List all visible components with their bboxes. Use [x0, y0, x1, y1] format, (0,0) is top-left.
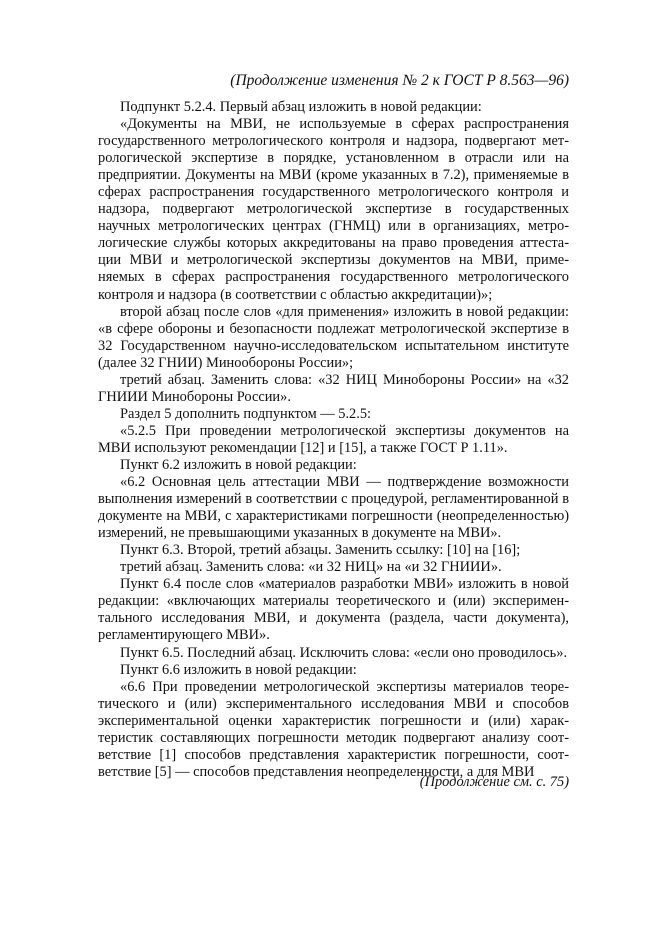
document-body: Подпункт 5.2.4. Первый абзац изложить в … — [98, 99, 569, 781]
paragraph: «6.6 При проведении метрологической эксп… — [98, 679, 569, 781]
paragraph: Пункт 6.4 после слов «материалов разрабо… — [98, 576, 569, 644]
paragraph: «Документы на МВИ, не используемые в сфе… — [98, 116, 569, 304]
paragraph: Пункт 6.6 изложить в новой редакции: — [98, 662, 569, 679]
page-footer-continuation: (Продолжение см. с. 75) — [420, 774, 569, 791]
paragraph: Пункт 6.5. Последний абзац. Исключить сл… — [98, 645, 569, 662]
paragraph: Подпункт 5.2.4. Первый абзац изложить в … — [98, 99, 569, 116]
paragraph: второй абзац после слов «для применения»… — [98, 304, 569, 372]
paragraph: третий абзац. Заменить слова: «и 32 НИЦ»… — [98, 559, 569, 576]
paragraph: Пункт 6.2 изложить в новой редакции: — [98, 457, 569, 474]
paragraph: Раздел 5 дополнить подпунктом — 5.2.5: — [98, 406, 569, 423]
paragraph: «5.2.5 При проведении метрологической эк… — [98, 423, 569, 457]
page-header: (Продолжение изменения № 2 к ГОСТ Р 8.56… — [230, 72, 569, 90]
paragraph: третий абзац. Заменить слова: «32 НИЦ Ми… — [98, 372, 569, 406]
paragraph: «6.2 Основная цель аттестации МВИ — подт… — [98, 474, 569, 542]
paragraph: Пункт 6.3. Второй, третий абзацы. Замени… — [98, 542, 569, 559]
